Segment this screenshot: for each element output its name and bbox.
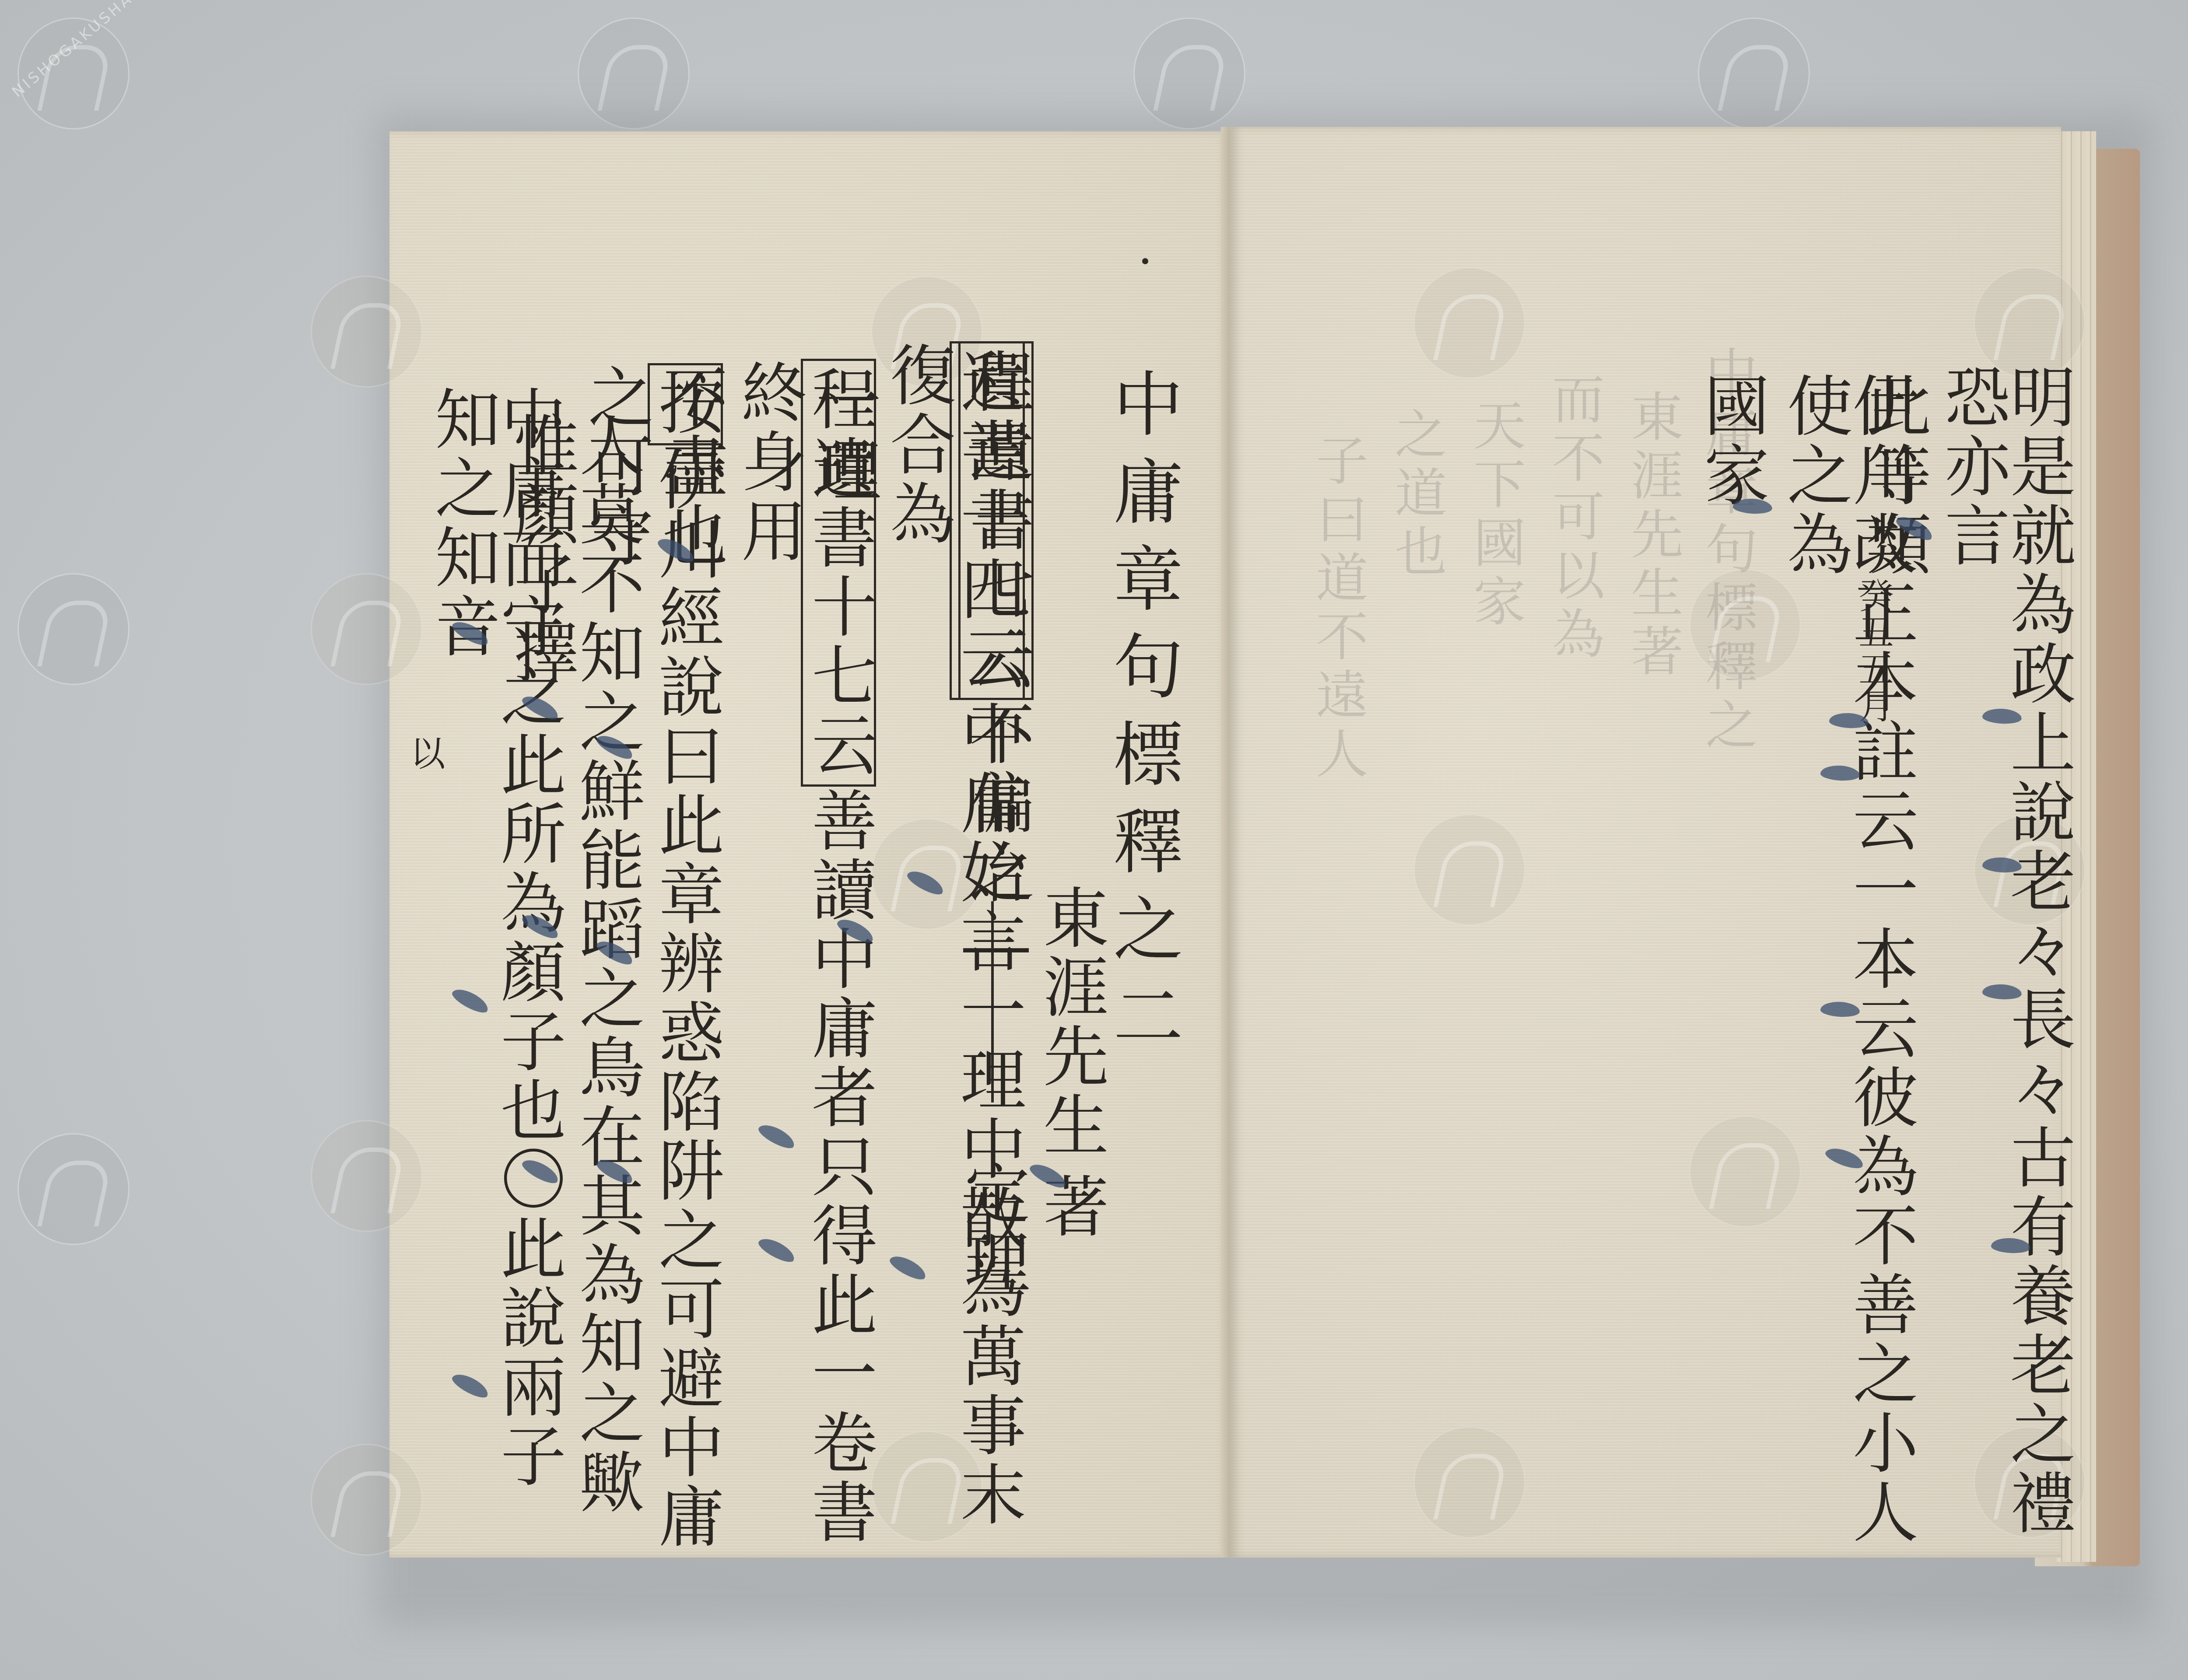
book-title: 中庸章句標釋之二: [1107, 367, 1177, 1067]
watermark-logo-icon: [311, 1444, 423, 1556]
right-page: 中庸章句標釋之 東涯先生著 而不可以為 天下國家 之道也 子曰道不遠人 明是就為…: [1230, 127, 2061, 1557]
watermark-logo-icon: [311, 573, 423, 685]
watermark-logo-icon: [311, 1120, 423, 1232]
citation-box: 程遺書十七云: [801, 359, 876, 787]
watermark-logo-icon: [18, 1133, 130, 1245]
text-column: 遺書十四云中庸始言一理中散為萬事末復合為: [884, 341, 1025, 1557]
bleed-through-text: 天下國家: [1457, 398, 1532, 633]
watermark-logo-icon: [1413, 814, 1525, 926]
watermark-logo-icon: [1974, 267, 2086, 379]
citation-box: 按: [648, 363, 723, 445]
text-column: 伊川改正本註云一本云彼為不善之小人使之為: [1781, 372, 1912, 1557]
text-column: 中庸而守之此所為顏子也〇此說兩子知之知音: [429, 385, 560, 1557]
watermark-logo-icon: [1413, 1426, 1525, 1538]
bleed-through-text: 而不可以為: [1536, 372, 1611, 665]
watermark-logo-icon: [1133, 17, 1245, 129]
watermark-logo-icon: [1413, 267, 1525, 379]
watermark-logo-icon: [1698, 17, 1810, 129]
text-column: 國家: [1698, 372, 1764, 510]
text-column: 程遺書十七云善讀中庸者只得此一卷書終身用: [735, 359, 876, 1557]
bleed-through-text: 之道也: [1378, 407, 1454, 583]
left-page: 中庸章句標釋之二 東涯先生 著 程遺書七云不偏之― 定理 遺書十四云中庸始言一理…: [389, 131, 1230, 1557]
bleed-through-text: 子曰道不遠人: [1300, 433, 1375, 785]
watermark-logo-icon: [18, 573, 130, 685]
author-name: 東涯先生: [1037, 884, 1103, 1160]
text-column: 明是就為政上說老々長々古有養老之禮恐亦言: [1939, 363, 2070, 1557]
watermark-logo-icon: [578, 17, 690, 129]
citation-box: 遺書十四云: [950, 341, 1025, 700]
margin-note: 以: [407, 735, 442, 772]
title-mark: [1142, 258, 1148, 264]
bleed-through-text: 東涯先生著: [1615, 389, 1690, 682]
watermark-logo-icon: [311, 276, 423, 388]
